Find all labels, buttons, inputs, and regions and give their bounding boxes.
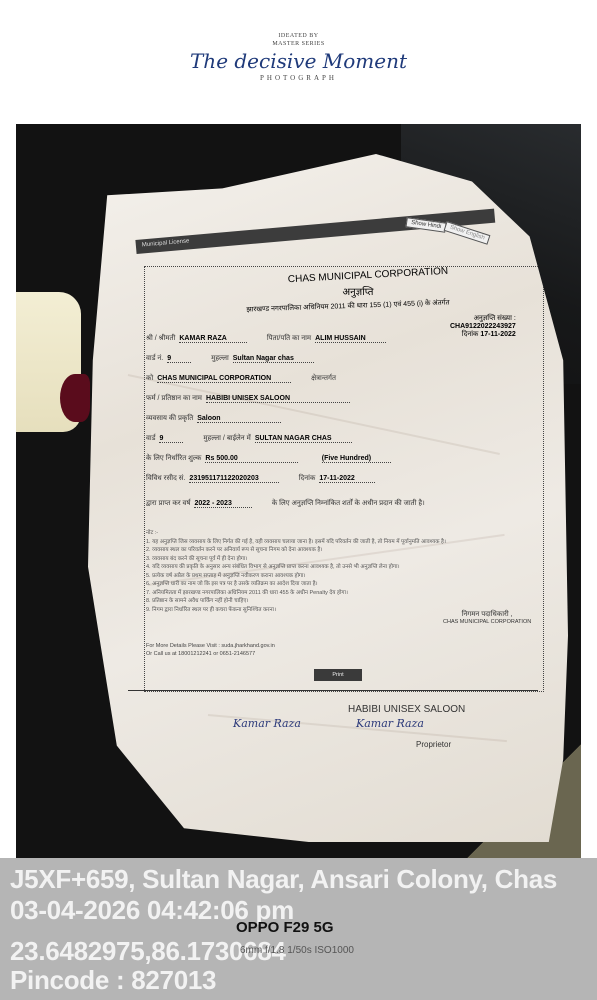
license-paper: Municipal License Show Hindi Show Englis… <box>88 154 568 842</box>
notes-title: नोट :- <box>146 529 446 538</box>
field-label: के लिए निर्धारित शुल्क <box>146 455 201 462</box>
field-label: द्वारा प्राप्त कर वर्ष <box>146 500 190 507</box>
divider <box>128 690 538 691</box>
form-field-row: वार्ड नं.9मुहल्लाSultan Nagar chas <box>146 354 314 363</box>
field-value: 231951171122020203 <box>189 475 278 483</box>
watermark-script: The decisive Moment <box>0 50 597 72</box>
license-number: CHA9122022243927 <box>450 323 516 330</box>
form-field-row: कोCHAS MUNICIPAL CORPORATIONक्षेत्रान्तर… <box>146 374 336 383</box>
license-notes: नोट :- 1. यह अनुज्ञप्ति जिस व्यवसाय के ल… <box>146 529 446 614</box>
field-value: Saloon <box>197 415 280 423</box>
field-label: के लिए अनुज्ञप्ति निम्नांकित शर्तों के अ… <box>272 500 425 507</box>
issuing-corporation: CHAS MUNICIPAL CORPORATION <box>443 619 531 625</box>
license-date: 17-11-2022 <box>480 331 515 338</box>
note-item: 6. अनुज्ञप्ति धारी का नाम जो कि इस पत्र … <box>146 580 446 589</box>
field-label: वार्ड नं. <box>146 355 163 362</box>
geotag-overlay: J5XF+659, Sultan Nagar, Ansari Colony, C… <box>0 858 597 1000</box>
issuing-authority-title: निगमन पदाधिकारी , <box>443 610 531 619</box>
field-label: मुहल्ला / बाईलेन में <box>203 435 250 442</box>
form-field-row: द्वारा प्राप्त कर वर्ष2022 - 2023के लिए … <box>146 499 425 508</box>
photo-watermark: IDEATED BY MASTER SERIES The decisive Mo… <box>0 32 597 82</box>
field-value: 2022 - 2023 <box>194 500 251 508</box>
note-item: 1. यह अनुज्ञप्ति जिस व्यवसाय के लिए निर्… <box>146 538 446 547</box>
field-value: KAMAR RAZA <box>179 335 246 343</box>
photo: Municipal License Show Hindi Show Englis… <box>16 124 581 874</box>
form-field-row: विविध रसीद सं.231951171122020203दिनांक17… <box>146 474 375 483</box>
note-item: 8. प्रतिष्ठान के सामने अवैध पार्किंग नही… <box>146 597 446 606</box>
watermark-tagline: PHOTOGRAPH <box>0 74 597 82</box>
field-label: विविध रसीद सं. <box>146 475 185 482</box>
field-value: ALIM HUSSAIN <box>315 335 386 343</box>
watermark-line1: IDEATED BY <box>0 32 597 40</box>
note-item: 2. व्यवसाय स्थल का परिवर्तन करने पर अनिव… <box>146 546 446 555</box>
field-label: को <box>146 375 153 382</box>
field-label: पिता/पति का नाम <box>267 335 311 342</box>
note-item: 3. व्यवसाय बंद करने की सूचना पूर्व में ह… <box>146 555 446 564</box>
contact-info: For More Details Please Visit : suda.jha… <box>146 642 275 658</box>
field-label: फर्म / प्रतिष्ठान का नाम <box>146 395 202 402</box>
maroon-spot <box>60 374 90 422</box>
geotag-address: J5XF+659, Sultan Nagar, Ansari Colony, C… <box>10 864 557 895</box>
field-label: दिनांक <box>299 475 316 482</box>
field-value: 17-11-2022 <box>319 475 374 483</box>
contact-website: For More Details Please Visit : suda.jha… <box>146 642 275 650</box>
form-field-row: वार्ड9मुहल्ला / बाईलेन मेंSULTAN NAGAR C… <box>146 434 352 443</box>
field-value: (Five Hundred) <box>322 455 391 463</box>
field-label: श्री / श्रीमती <box>146 335 175 342</box>
note-item: 9. निगम द्वारा निर्धारित स्थल पर ही कचरा… <box>146 606 446 615</box>
note-item: 4. यदि व्यवसाय की प्रकृति के अनुसार अन्य… <box>146 563 446 572</box>
field-value: HABIBI UNISEX SALOON <box>206 395 350 403</box>
field-label: क्षेत्रान्तर्गत <box>311 375 336 382</box>
header-bar-label: Municipal License <box>142 238 190 248</box>
proprietor-label: Proprietor <box>416 740 451 749</box>
form-field-row: व्यवसाय की प्रकृतिSaloon <box>146 414 281 423</box>
camera-specs: 6mm f/1.8 1/50s ISO1000 <box>240 945 354 956</box>
form-field-row: के लिए निर्धारित शुल्कRs 500.00(Five Hun… <box>146 454 391 463</box>
field-value: Sultan Nagar chas <box>233 355 314 363</box>
license-number-block: अनुज्ञप्ति संख्या : CHA9122022243927 दिन… <box>450 314 516 339</box>
field-value: SULTAN NAGAR CHAS <box>255 435 352 443</box>
field-value: CHAS MUNICIPAL CORPORATION <box>157 375 291 383</box>
note-item: 7. अनियमितता में झारखण्ड नगरपालिका अधिनि… <box>146 589 446 598</box>
issuing-authority: निगमन पदाधिकारी , CHAS MUNICIPAL CORPORA… <box>443 610 531 625</box>
form-field-row: श्री / श्रीमतीKAMAR RAZAपिता/पति का नामA… <box>146 334 386 343</box>
print-button: Print <box>314 669 362 681</box>
signature: Kamar Raza <box>356 717 424 730</box>
watermark-line2: MASTER SERIES <box>0 40 597 48</box>
note-item: 5. प्रत्येक वर्ष अप्रैल के प्रथम सप्ताह … <box>146 572 446 581</box>
business-stamp: HABIBI UNISEX SALOON <box>348 704 465 715</box>
signature: Kamar Raza <box>233 717 301 730</box>
field-value: 9 <box>159 435 183 443</box>
camera-model: OPPO F29 5G <box>236 919 334 936</box>
license-date-label: दिनांक <box>462 331 479 338</box>
field-label: व्यवसाय की प्रकृति <box>146 415 193 422</box>
license-number-label: अनुज्ञप्ति संख्या : <box>450 314 516 323</box>
field-value: 9 <box>167 355 191 363</box>
geotag-pincode: Pincode : 827013 <box>10 965 216 996</box>
form-field-row: फर्म / प्रतिष्ठान का नामHABIBI UNISEX SA… <box>146 394 350 403</box>
field-value: Rs 500.00 <box>205 455 297 463</box>
contact-phone: Or Call us at 18001212241 or 0651-214657… <box>146 650 275 658</box>
field-label: वार्ड <box>146 435 155 442</box>
field-label: मुहल्ला <box>211 355 229 362</box>
